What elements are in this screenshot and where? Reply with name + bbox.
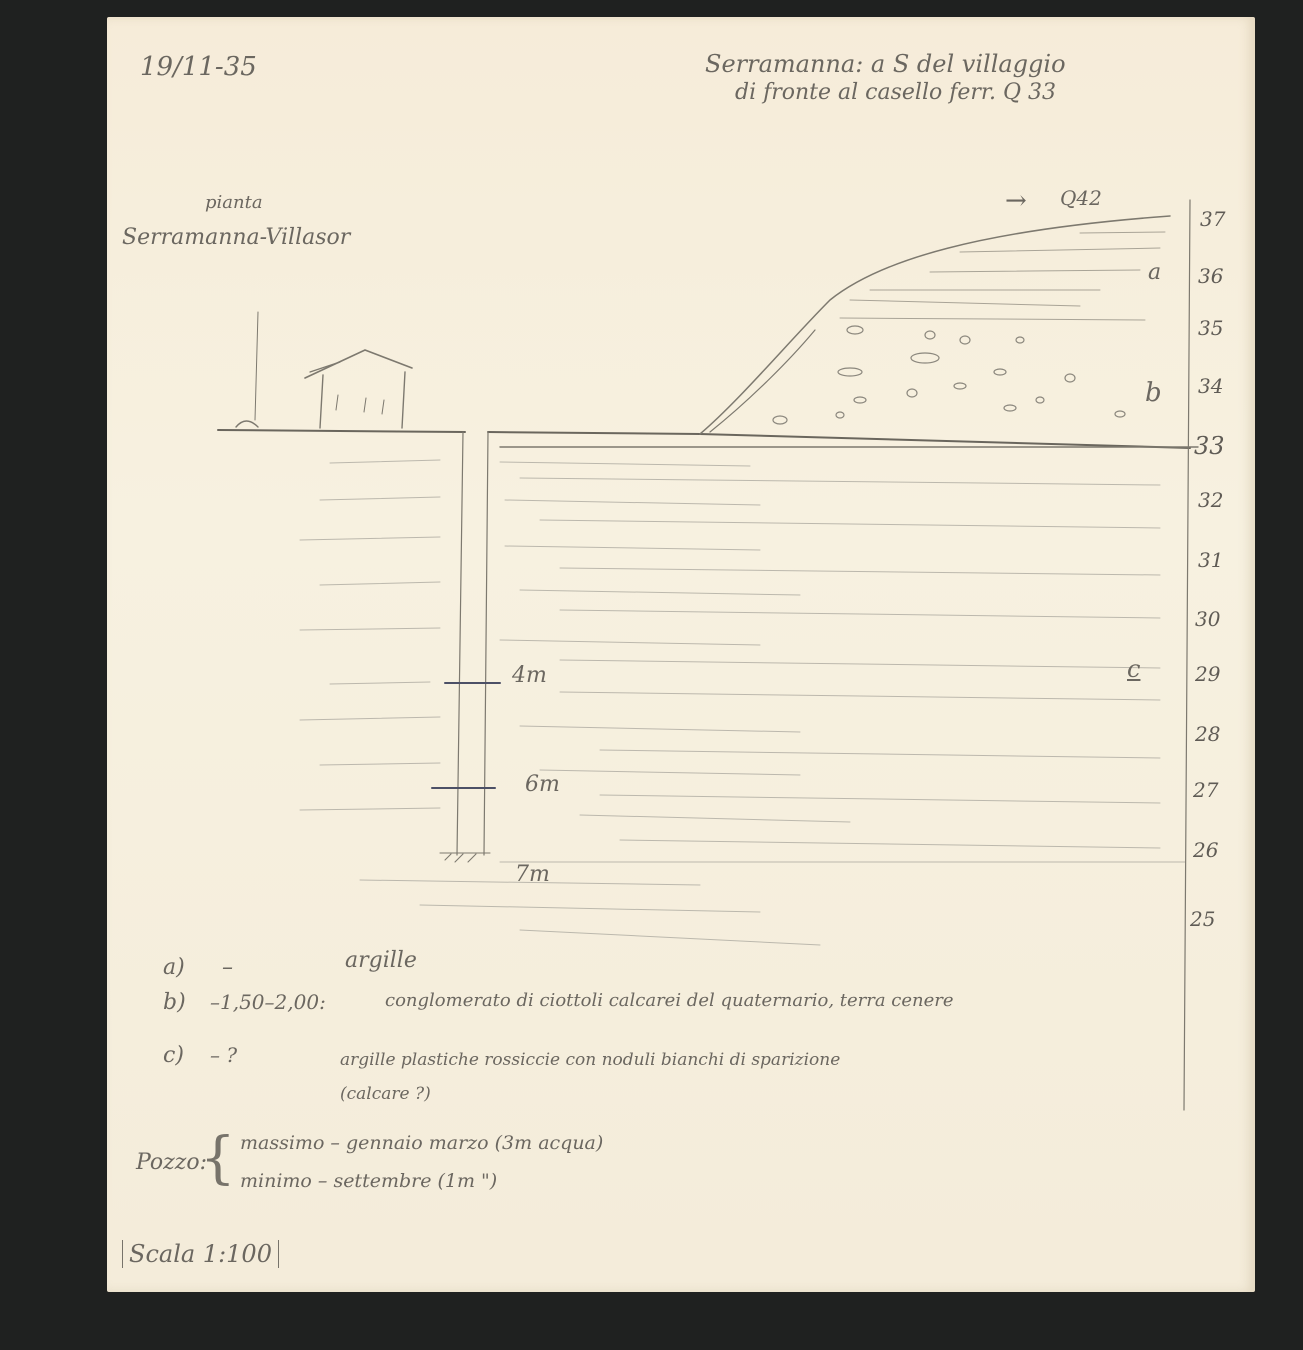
layer-b-label: b	[1145, 378, 1162, 408]
elev-tick-37: 37	[1200, 207, 1225, 231]
legend-b-key: b)	[163, 990, 186, 1015]
water-level-brace: {	[200, 1126, 236, 1191]
water-level-max: massimo – gennaio marzo (3m acqua)	[240, 1132, 603, 1154]
legend-c-depth: – ?	[210, 1043, 237, 1067]
cross-section-drawing	[0, 0, 1303, 1350]
layer-c-label: c	[1127, 655, 1140, 683]
elev-tick-36: 36	[1198, 264, 1223, 288]
scale-note: Scala 1:100	[122, 1240, 279, 1268]
elev-tick-29: 29	[1195, 662, 1220, 686]
elev-tick-26: 26	[1193, 838, 1218, 862]
legend-c-text: argille plastiche rossiccie con noduli b…	[340, 1043, 860, 1111]
legend-b-text: conglomerato di ciottoli calcarei del qu…	[385, 990, 954, 1011]
legend-b-depth: –1,50–2,00:	[210, 990, 326, 1014]
elev-tick-34: 34	[1198, 374, 1223, 398]
depth-label-4m: 4m	[512, 663, 547, 688]
water-level-label: Pozzo:	[136, 1150, 207, 1175]
legend-c-key: c)	[163, 1043, 184, 1068]
legend-a-depth: –	[222, 955, 233, 980]
elev-tick-30: 30	[1195, 607, 1220, 631]
elev-tick-32: 32	[1198, 488, 1223, 512]
elev-tick-31: 31	[1198, 548, 1223, 572]
layer-a-label: a	[1148, 260, 1161, 285]
elev-tick-33: 33	[1194, 432, 1225, 460]
legend-a-key: a)	[163, 955, 185, 980]
elev-tick-35: 35	[1198, 316, 1223, 340]
elev-tick-28: 28	[1195, 722, 1220, 746]
water-level-min: minimo – settembre (1m ")	[240, 1170, 497, 1192]
depth-label-7m: 7m	[515, 862, 550, 887]
elev-tick-27: 27	[1193, 778, 1218, 802]
elev-tick-25: 25	[1190, 907, 1215, 931]
legend-a-text: argille	[345, 948, 417, 973]
depth-label-6m: 6m	[525, 772, 560, 797]
